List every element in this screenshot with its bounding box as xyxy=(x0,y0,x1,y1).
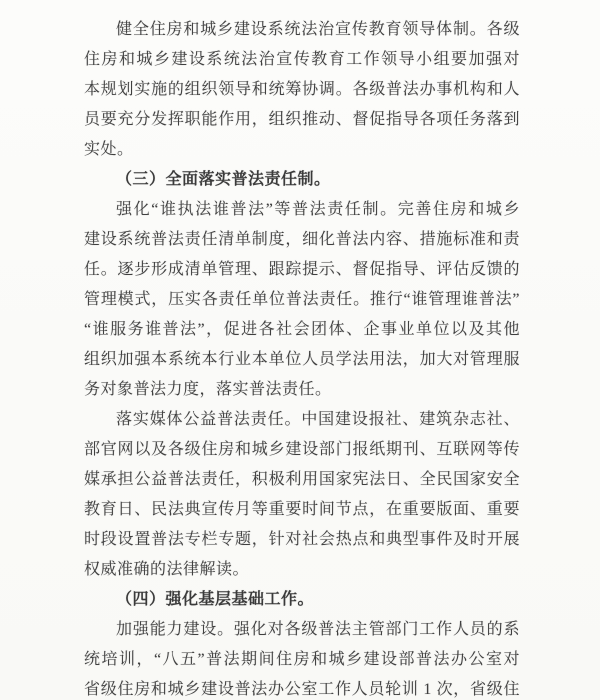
text-line: 实处。 xyxy=(84,135,520,165)
section-heading: （三）全面落实普法责任制。 xyxy=(84,165,520,195)
paragraph: 加强能力建设。强化对各级普法主管部门工作人员的系统培训，“八五”普法期间住房和城… xyxy=(84,615,520,700)
paragraph: 健全住房和城乡建设系统法治宣传教育领导体制。各级住房和城乡建设系统法治宣传教育工… xyxy=(84,15,520,165)
text-line: 部官网以及各级住房和城乡建设部门报纸期刊、互联网等传 xyxy=(84,435,520,465)
text-line: 建设系统普法责任清单制度，细化普法内容、措施标准和责 xyxy=(84,225,520,255)
text-line: 员要充分发挥职能作用，组织推动、督促指导各项任务落到 xyxy=(84,105,520,135)
section-heading: （四）强化基层基础工作。 xyxy=(84,585,520,615)
document-text: 健全住房和城乡建设系统法治宣传教育领导体制。各级住房和城乡建设系统法治宣传教育工… xyxy=(84,15,520,700)
text-line: 住房和城乡建设系统法治宣传教育工作领导小组要加强对 xyxy=(84,45,520,75)
text-line: 加强能力建设。强化对各级普法主管部门工作人员的系 xyxy=(84,615,520,645)
text-line: 省级住房和城乡建设普法办公室工作人员轮训 1 次，省级住 xyxy=(84,675,520,700)
section-heading-block: （四）强化基层基础工作。 xyxy=(84,585,520,615)
text-line: 管理模式，压实各责任单位普法责任。推行“谁管理谁普法” xyxy=(84,285,520,315)
document-page: 健全住房和城乡建设系统法治宣传教育领导体制。各级住房和城乡建设系统法治宣传教育工… xyxy=(0,0,600,700)
text-line: 权威准确的法律解读。 xyxy=(84,555,520,585)
text-line: 务对象普法力度，落实普法责任。 xyxy=(84,375,520,405)
text-line: 时段设置普法专栏专题，针对社会热点和典型事件及时开展 xyxy=(84,525,520,555)
text-line: 组织加强本系统本行业本单位人员学法用法，加大对管理服 xyxy=(84,345,520,375)
section-heading-block: （三）全面落实普法责任制。 xyxy=(84,165,520,195)
text-line: 本规划实施的组织领导和统筹协调。各级普法办事机构和人 xyxy=(84,75,520,105)
text-line: 健全住房和城乡建设系统法治宣传教育领导体制。各级 xyxy=(84,15,520,45)
paragraph: 强化“谁执法谁普法”等普法责任制。完善住房和城乡建设系统普法责任清单制度，细化普… xyxy=(84,195,520,405)
text-line: 强化“谁执法谁普法”等普法责任制。完善住房和城乡 xyxy=(84,195,520,225)
text-line: 媒承担公益普法责任，积极利用国家宪法日、全民国家安全 xyxy=(84,465,520,495)
text-line: “谁服务谁普法”，促进各社会团体、企事业单位以及其他 xyxy=(84,315,520,345)
paragraph: 落实媒体公益普法责任。中国建设报社、建筑杂志社、部官网以及各级住房和城乡建设部门… xyxy=(84,405,520,585)
text-line: 任。逐步形成清单管理、跟踪提示、督促指导、评估反馈的 xyxy=(84,255,520,285)
text-line: 统培训，“八五”普法期间住房和城乡建设部普法办公室对 xyxy=(84,645,520,675)
text-line: 教育日、民法典宣传月等重要时间节点，在重要版面、重要 xyxy=(84,495,520,525)
text-line: 落实媒体公益普法责任。中国建设报社、建筑杂志社、 xyxy=(84,405,520,435)
